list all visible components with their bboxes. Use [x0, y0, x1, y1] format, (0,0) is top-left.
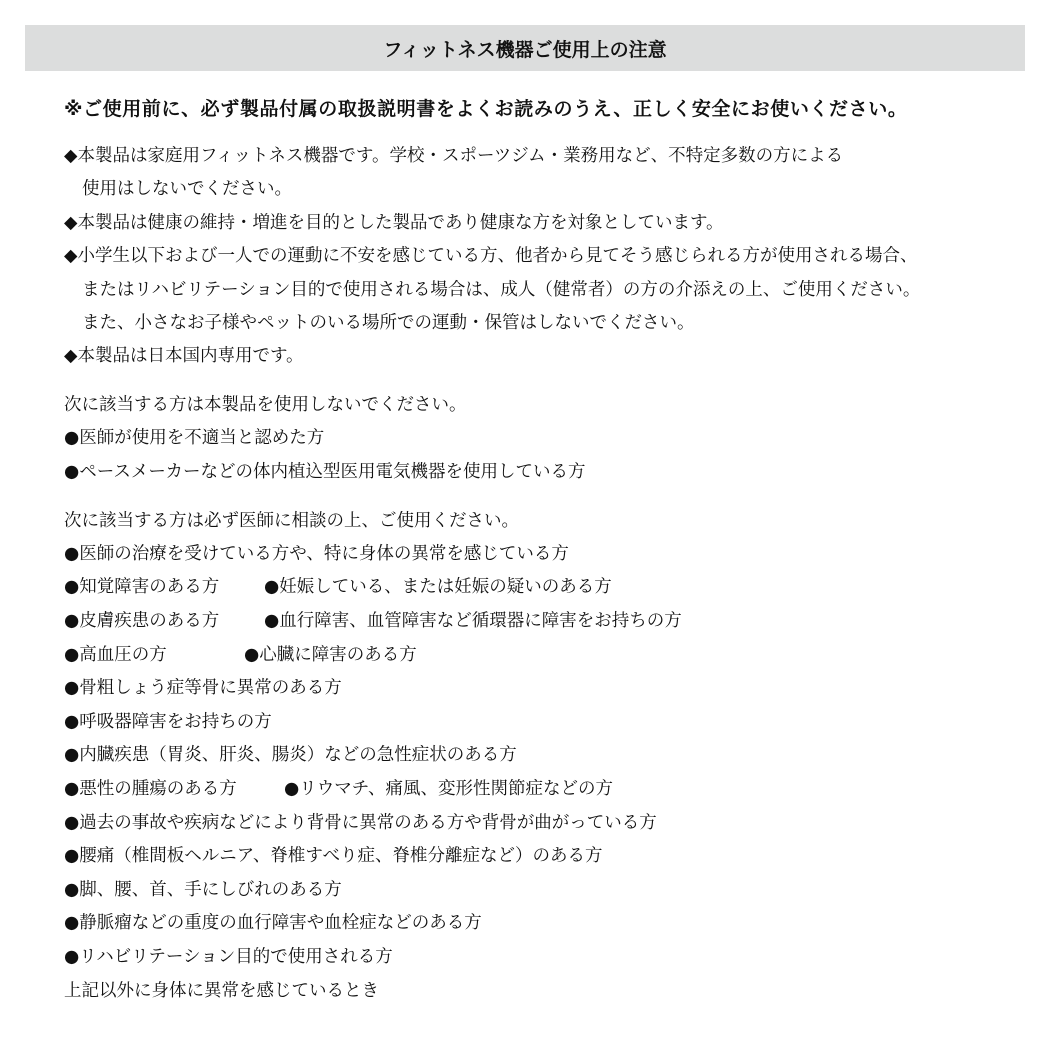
consult-item: ●血行障害、血管障害など循環器に障害をお持ちの方 — [264, 610, 682, 632]
general-note-3-line-2: またはリハビリテーション目的で使用される場合は、成人（健常者）の方の介添えの上、… — [82, 279, 920, 301]
consult-item: ●悪性の腫瘍のある方 — [64, 778, 237, 800]
consult-item: ●静脈瘤などの重度の血行障害や血栓症などのある方 — [64, 912, 482, 934]
lead-notice: ※ご使用前に、必ず製品付属の取扱説明書をよくお読みのうえ、正しく安全にお使いくだ… — [64, 94, 907, 121]
consult-item: ●リハビリテーション目的で使用される方 — [64, 946, 393, 968]
prohibited-item-2: ●ペースメーカーなどの体内植込型医用電気機器を使用している方 — [64, 461, 586, 483]
title-bar: フィットネス機器ご使用上の注意 — [25, 25, 1025, 71]
consult-heading: 次に該当する方は必ず医師に相談の上、ご使用ください。 — [64, 510, 519, 532]
general-note-1-line-1: ◆本製品は家庭用フィットネス機器です。学校・スポーツジム・業務用など、不特定多数… — [64, 145, 843, 167]
consult-item: ●呼吸器障害をお持ちの方 — [64, 711, 272, 733]
consult-item: ●医師の治療を受けている方や、特に身体の異常を感じている方 — [64, 543, 569, 565]
consult-footer: 上記以外に身体に異常を感じているとき — [64, 980, 379, 1002]
general-note-1-line-2: 使用はしないでください。 — [82, 178, 292, 200]
consult-item: ●リウマチ、痛風、変形性関節症などの方 — [284, 778, 613, 800]
consult-item: ●妊娠している、または妊娠の疑いのある方 — [264, 576, 612, 598]
consult-item: ●知覚障害のある方 — [64, 576, 219, 598]
general-note-4-line-1: ◆本製品は日本国内専用です。 — [64, 345, 304, 367]
general-note-3-line-1: ◆小学生以下および一人での運動に不安を感じている方、他者から見てそう感じられる方… — [64, 245, 917, 267]
consult-item: ●骨粗しょう症等骨に異常のある方 — [64, 677, 342, 699]
consult-item: ●高血圧の方 — [64, 644, 167, 666]
consult-item: ●過去の事故や疾病などにより背骨に異常のある方や背骨が曲がっている方 — [64, 812, 657, 834]
page-title: フィットネス機器ご使用上の注意 — [383, 35, 666, 62]
general-note-2-line-1: ◆本製品は健康の維持・増進を目的とした製品であり健康な方を対象としています。 — [64, 212, 724, 234]
consult-item: ●心臓に障害のある方 — [244, 644, 417, 666]
consult-item: ●腰痛（椎間板ヘルニア、脊椎すべり症、脊椎分離症など）のある方 — [64, 845, 603, 867]
consult-item: ●皮膚疾患のある方 — [64, 610, 219, 632]
prohibited-item-1: ●医師が使用を不適当と認めた方 — [64, 427, 324, 449]
consult-item: ●内臓疾患（胃炎、肝炎、腸炎）などの急性症状のある方 — [64, 744, 517, 766]
general-note-3-line-3: また、小さなお子様やペットのいる場所での運動・保管はしないでください。 — [82, 312, 695, 334]
consult-item: ●脚、腰、首、手にしびれのある方 — [64, 879, 342, 901]
prohibited-heading: 次に該当する方は本製品を使用しないでください。 — [64, 394, 467, 416]
